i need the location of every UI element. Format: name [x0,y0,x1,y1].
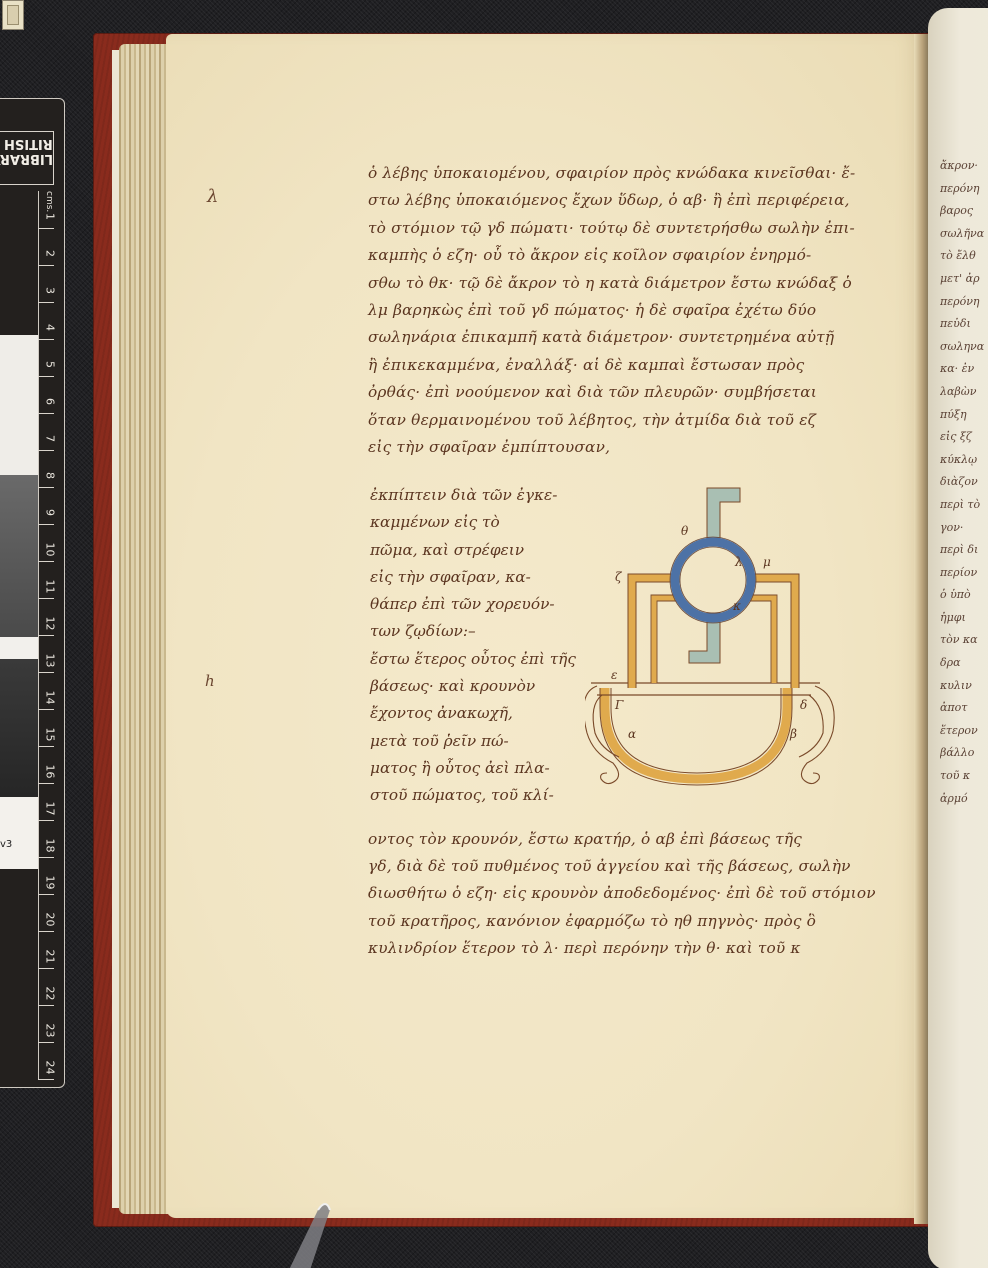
facing-page-text: ἄκρον·περόνηβαροςσωλῆνατὸ ἔλθμετ' ἀρπερό… [940,155,988,810]
ruler-tick [38,894,54,895]
text-line: κυλιν [940,675,988,698]
label-gamma: Γ [614,698,624,712]
label-alpha: α [628,727,636,741]
ruler-unit: cms. [44,191,54,212]
text-block-side: ἐκπίπτειν διὰ τῶν ἐγκε-καμμένων εἰς τὸπῶ… [370,482,580,810]
ruler-tick [38,413,54,414]
text-line: πεὐδι [940,313,988,336]
text-line: βάσεως· καὶ κρουνὸν [370,673,580,700]
ruler-tick-number: 19 [44,874,57,892]
ruler-tick-number: 8 [44,467,57,485]
text-line: ματος ἢ οὗτος ἀεὶ πλα- [370,755,580,782]
label-theta: θ [681,524,689,538]
label-delta: δ [800,698,807,712]
label-zeta: ζ [615,570,623,584]
label-lambda: λ [734,555,743,569]
ruler-tick [38,746,54,747]
text-line: σθω τὸ θκ· τῷ δὲ ἄκρον τὸ η κατὰ διάμετρ… [368,270,838,297]
text-line: περὶ δι [940,539,988,562]
ruler-tick-number: 10 [44,541,57,559]
color-swatch-dark [0,659,38,797]
archive-label-card [2,0,24,30]
page-block-edge [119,44,173,1214]
margin-mark-top: λ [207,186,218,207]
ruler-tick [38,1005,54,1006]
ruler-tick [38,524,54,525]
text-line: ἢ ἐπικεκαμμένα, ἐναλλάξ· αἱ δὲ καμπαὶ ἔσ… [368,352,838,379]
text-line: βαρος [940,200,988,223]
text-line: ὁ ὑπὸ [940,584,988,607]
label-card-inner [7,5,19,25]
text-line: καμπὴς ὁ εζη· οὗ τὸ ἄκρον εἰς κοῖλον σφα… [368,242,838,269]
ruler-tick [38,598,54,599]
ruler-tick-number: 13 [44,652,57,670]
text-line: διὰζον [940,471,988,494]
aeolipile-diagram: θ λ μ ζ κ ε Γ δ α β [585,483,840,798]
text-line: λαβὼν [940,381,988,404]
text-line: περίον [940,562,988,585]
ruler-tick [38,968,54,969]
label-kappa: κ [732,599,741,613]
text-line: ἠμφι [940,607,988,630]
text-line: εἰς τὴν σφαῖραν ἐμπίπτουσαν, [368,434,838,461]
text-line: περόνη [940,291,988,314]
ruler-tick [38,931,54,932]
ruler-tick-number: 11 [44,578,57,596]
ruler-tick-number: 14 [44,689,57,707]
text-line: τὸ ἔλθ [940,245,988,268]
ruler-tick-number: 4 [44,319,57,337]
text-line: εἰς ξζ [940,426,988,449]
ruler-tick-number: 12 [44,615,57,633]
text-line: ἔστω ἕτερος οὗτος ἐπὶ τῆς [370,646,580,673]
ruler-brand-line1: RITISH [0,136,53,151]
text-block-top: ὁ λέβης ὑποκαιομένου, σφαιρίον πρὸς κνώδ… [368,160,838,461]
ruler-tick [38,857,54,858]
ruler-tick-number: 3 [44,282,57,300]
ruler-tick-number: 17 [44,800,57,818]
text-line: καμμένων εἰς τὸ [370,509,580,536]
color-swatch-gray [0,475,38,637]
margin-mark-middle: ℎ [205,672,215,690]
text-line: ὀρθάς· ἐπὶ νοούμενον καὶ διὰ τῶν πλευρῶν… [368,379,838,406]
text-line: σωλῆνα [940,223,988,246]
text-line: περὶ τὸ [940,494,988,517]
ruler-tick-number: 5 [44,356,57,374]
ruler-tick [38,228,54,229]
text-line: εἰς τὴν σφαῖραν, κα- [370,564,580,591]
color-swatch-white-1 [0,335,38,475]
label-mu: μ [763,555,771,569]
text-line: διωσθήτω ὁ εζη· εἰς κρουνὸν ἀποδεδομένος… [368,880,838,907]
color-swatch-white-2 [0,637,38,659]
ruler-tick-number: 22 [44,985,57,1003]
text-line: ἐκπίπτειν διὰ τῶν ἐγκε- [370,482,580,509]
text-line: θάπερ ἐπὶ τῶν χορευόν- [370,591,580,618]
label-beta: β [789,727,797,741]
text-line: τοῦ κ [940,765,988,788]
text-block-bottom: οντος τὸν κρουνόν, ἔστω κρατήρ, ὁ αβ ἐπὶ… [368,826,838,962]
text-line: ὅταν θερμαινομένου τοῦ λέβητος, τὴν ἀτμί… [368,407,838,434]
text-line: σωληνάρια ἐπικαμπῆ κατὰ διάμετρον· συντε… [368,324,838,351]
ruler-tick [38,820,54,821]
ruler-tick [38,1042,54,1043]
text-line: ἕτερον [940,720,988,743]
ruler-tick-number: 24 [44,1059,57,1077]
ruler-tick [38,376,54,377]
ruler-tick [38,265,54,266]
text-line: δρα [940,652,988,675]
ruler-tick [38,709,54,710]
ruler-tick-number: 16 [44,763,57,781]
color-swatch-white-3 [0,797,38,869]
ruler-tick-number: 23 [44,1022,57,1040]
ruler-tick-number: 9 [44,504,57,522]
ruler-brand-line2: LIBRARY [0,151,53,166]
ruler-tick [38,561,54,562]
ruler-tick [38,339,54,340]
gutter [914,34,928,1224]
ruler-tick-number: 18 [44,837,57,855]
scale-ruler: RITISH LIBRARY v3 1234567891011121314151… [0,98,65,1088]
text-line: των ζῳδίων:– [370,618,580,645]
book-support-wedge [278,1196,338,1268]
text-line: μετὰ τοῦ ῥεῖν πώ- [370,728,580,755]
text-line: πύξη [940,404,988,427]
ruler-tick-number: 7 [44,430,57,448]
ruler-tick [38,487,54,488]
text-line: περόνη [940,178,988,201]
ruler-tick-number: 6 [44,393,57,411]
text-line: οντος τὸν κρουνόν, ἔστω κρατήρ, ὁ αβ ἐπὶ… [368,826,838,853]
text-line: κα· ἐν [940,358,988,381]
ruler-tick [38,783,54,784]
ruler-tick-number: 2 [44,245,57,263]
ruler-tick-number: 20 [44,911,57,929]
text-line: πῶμα, καὶ στρέφειν [370,537,580,564]
text-line: κυλινδρίον ἕτερον τὸ λ· περὶ περόνην τὴν… [368,935,838,962]
text-line: ἄκρον· [940,155,988,178]
text-line: λμ βαρηκὼς ἐπὶ τοῦ γδ πώματος· ἡ δὲ σφαῖ… [368,297,838,324]
ruler-tick [38,635,54,636]
text-line: τὸ στόμιον τῷ γδ πώματι· τούτῳ δὲ συντετ… [368,215,838,242]
ruler-tick [38,450,54,451]
text-line: τοῦ κρατῆρος, κανόνιον ἐφαρμόζω τὸ ηθ πη… [368,908,838,935]
ruler-brand: RITISH LIBRARY [0,131,54,185]
text-line: σωληνα [940,336,988,359]
text-line: ἔχοντος ἀνακωχῆ, [370,700,580,727]
text-line: γδ, διὰ δὲ τοῦ πυθμένος τοῦ ἀγγείου καὶ … [368,853,838,880]
ruler-tick-number: 21 [44,948,57,966]
text-line: ἀποτ [940,697,988,720]
ruler-tick [38,1079,54,1080]
swatch-label: v3 [0,839,12,850]
ruler-tick [38,672,54,673]
ruler-tick [38,302,54,303]
text-line: ὁ λέβης ὑποκαιομένου, σφαιρίον πρὸς κνώδ… [368,160,838,187]
label-epsilon: ε [611,668,617,682]
text-line: βάλλο [940,742,988,765]
text-line: τὸν κα [940,629,988,652]
text-line: ἀρμό [940,788,988,811]
text-line: γον· [940,517,988,540]
text-line: στοῦ πώματος, τοῦ κλί- [370,782,580,809]
text-line: στω λέβης ὑποκαιόμενος ἔχων ὕδωρ, ὁ αβ· … [368,187,838,214]
ruler-tick-number: 15 [44,726,57,744]
text-line: κύκλῳ [940,449,988,472]
text-line: μετ' ἀρ [940,268,988,291]
